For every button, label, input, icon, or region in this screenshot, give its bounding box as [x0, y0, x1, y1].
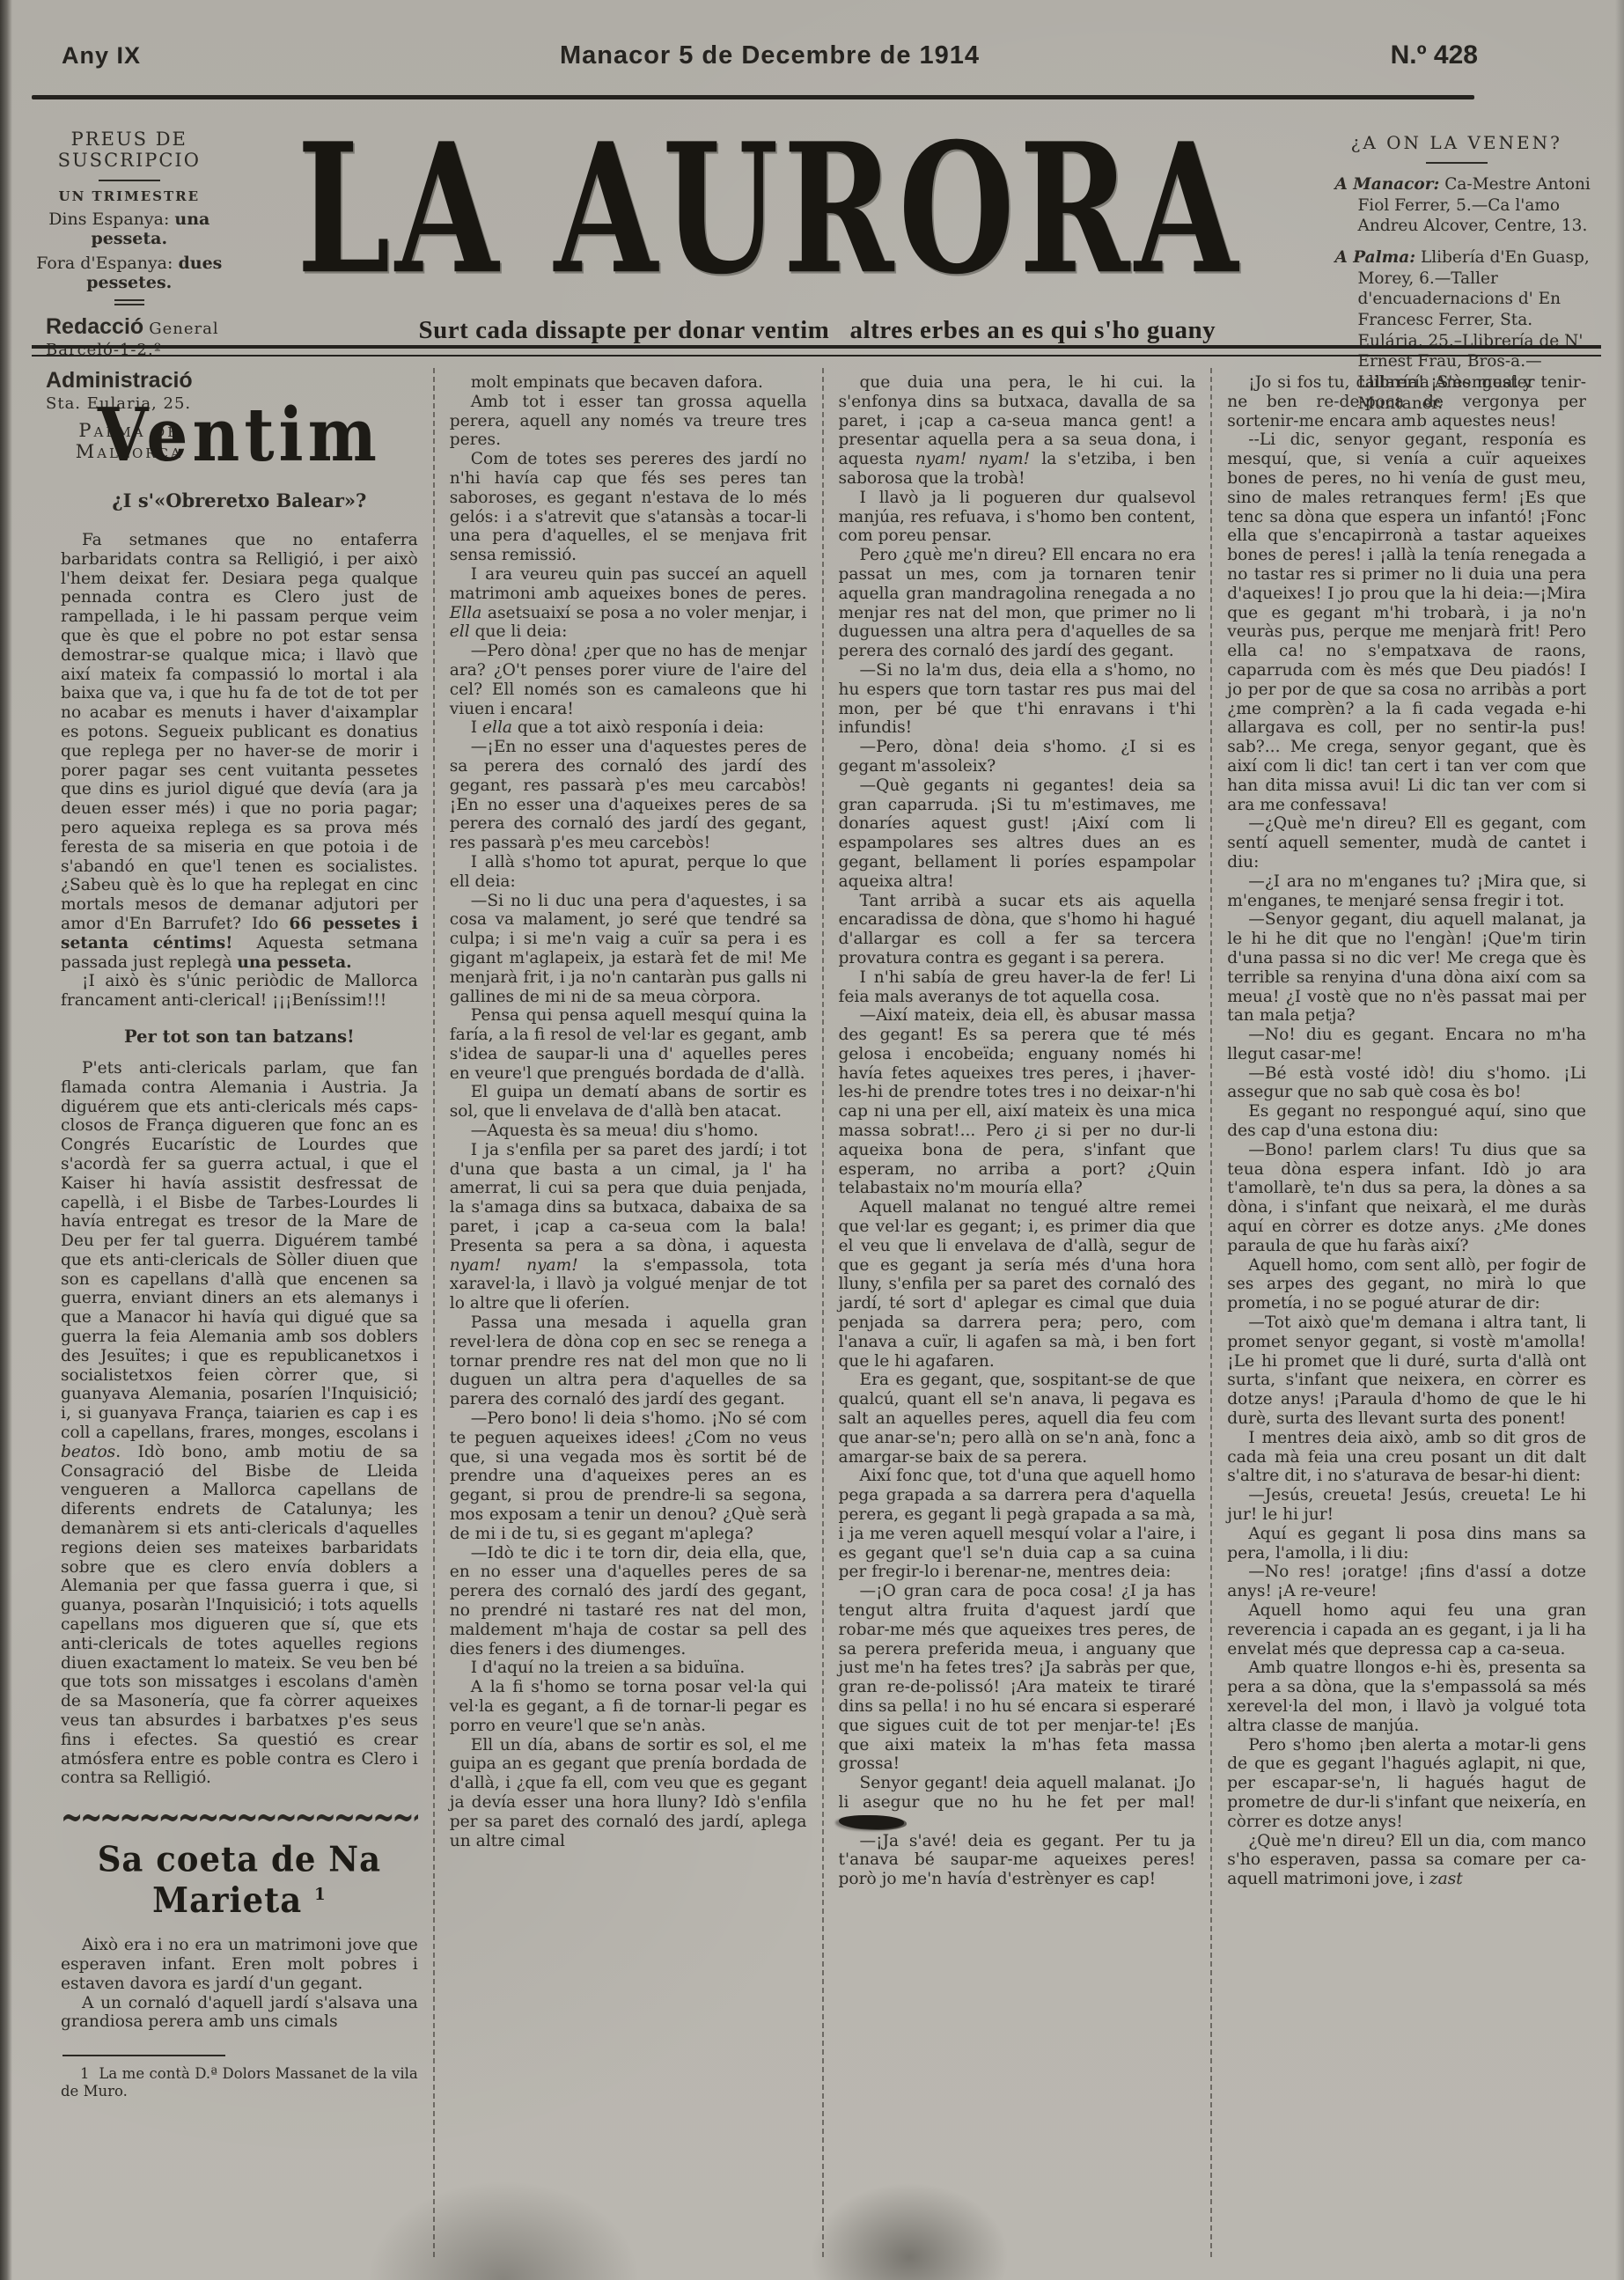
paragraph: —Bono! parlem clars! Tu dius que sa teua…: [1227, 1141, 1586, 1256]
paragraph: Amb quatre llongos e-hi ès, presenta sa …: [1227, 1659, 1586, 1735]
subscription-period: UN TRIMESTRE: [26, 188, 232, 204]
paragraph: --Li dic, senyor gegant, responía es mes…: [1227, 430, 1586, 814]
paragraph: I ara veureu quin pas succeí an aquell m…: [450, 565, 807, 642]
paragraph: —Idò te dic i te torn dir, deia ella, qu…: [450, 1544, 807, 1659]
masthead-bottom-rule: [32, 345, 1601, 357]
footnote-rule: [62, 2055, 225, 2056]
paragraph: —¿Què me'n direu? Ell es gegant, com sen…: [1227, 814, 1586, 872]
vendors-heading: ¿A ON LA VENEN?: [1306, 132, 1606, 153]
paragraph: Amb tot i esser tan grossa aquella perer…: [450, 393, 807, 450]
paragraph: —Senyor gegant, diu aquell malanat, ja l…: [1227, 910, 1586, 1026]
column-2: molt empinats que becaven dafora.Amb tot…: [435, 368, 824, 2257]
section-heading: Per tot son tan batzans!: [61, 1026, 418, 1047]
vendors-block: ¿A ON LA VENEN? A Manacor: Ca-Mestre Ant…: [1306, 104, 1606, 340]
scan-edge-shadow: [0, 0, 12, 2280]
paragraph: Pero ¿què me'n direu? Ell encara no era …: [839, 546, 1196, 661]
paragraph: —Si no li duc una pera d'aquestes, i sa …: [450, 892, 807, 1007]
price-foreign: Fora d'Espanya: dues pessetes.: [26, 254, 232, 292]
article-subtitle: ¿I s'«Obreretxo Balear»?: [61, 489, 418, 511]
paragraph: Aquí es gegant li posa dins mans sa pera…: [1227, 1525, 1586, 1563]
paragraph: Això era i no era un matrimoni jove que …: [61, 1936, 418, 1993]
paragraph: —¿I ara no m'enganes tu? ¡Mira que, si m…: [1227, 872, 1586, 911]
paragraph: Com de totes ses pereres des jardí no n'…: [450, 450, 807, 565]
paragraph: Ell un día, abans de sortir es sol, el m…: [450, 1736, 807, 1851]
issue-number: N.º 428: [1187, 40, 1584, 70]
footnote: 1 La me contà D.ª Dolors Massanet de la …: [61, 2065, 418, 2100]
paragraph: —Així mateix, deia ell, ès abusar massa …: [839, 1006, 1196, 1198]
paragraph: ¿Què me'n direu? Ell un dia, com manco s…: [1227, 1832, 1586, 1889]
newspaper-title: LA AURORA: [297, 120, 1242, 298]
article-columns: Ventim¿I s'«Obreretxo Balear»?Fa setmane…: [46, 368, 1601, 2257]
paragraph: —Què gegants ni gegantes! deia sa gran c…: [839, 776, 1196, 892]
issue-dateline: Manacor 5 de Decembre de 1914: [352, 41, 1187, 70]
paragraph: —¡O gran cara de poca cosa! ¿I ja has te…: [839, 1582, 1196, 1774]
double-rule: [114, 299, 144, 305]
column-1: Ventim¿I s'«Obreretxo Balear»?Fa setmane…: [46, 368, 435, 2257]
subscription-block: PREUS DE SUSCRIPCIO UN TRIMESTRE Dins Es…: [26, 104, 232, 340]
column-4: ¡Jo si fos tu, callaría! ¡S'ès mester te…: [1212, 368, 1601, 2257]
subscription-heading: PREUS DE SUSCRIPCIO: [26, 129, 232, 171]
paragraph: I llavò ja li pogueren dur qualsevol man…: [839, 489, 1196, 546]
story-title: Sa coeta de Na Marieta 1: [61, 1839, 418, 1920]
paragraph: I n'hi sabía de greu haver-la de fer! Li…: [839, 968, 1196, 1007]
paragraph: Pero s'homo ¡ben alerta a motar-li gens …: [1227, 1736, 1586, 1832]
paragraph: ¡Jo si fos tu, callaría! ¡S'ès mester te…: [1227, 373, 1586, 430]
paragraph: —Tot això que'm demana i altra tant, li …: [1227, 1313, 1586, 1429]
paragraph: I mentres deia això, amb so dit gros de …: [1227, 1429, 1586, 1486]
paragraph: Aquell homo, com sent allò, per fogir de…: [1227, 1256, 1586, 1313]
paragraph: Aquell homo aqui feu una gran reverencia…: [1227, 1601, 1586, 1659]
redaccio-label: Redacció: [46, 314, 143, 339]
paragraph: Passa una mesada i aquella gran revel·le…: [450, 1313, 807, 1409]
article-title: Ventim: [61, 393, 418, 478]
paragraph: —Jesús, creueta! Jesús, creueta! Le hi j…: [1227, 1486, 1586, 1525]
paragraph: Aquell malanat no tengué altre remei que…: [839, 1198, 1196, 1371]
paragraph: ¡I això ès s'únic periòdic de Mallorca f…: [61, 972, 418, 1011]
paragraph: I ja s'enfila per sa paret des jardí; i …: [450, 1141, 807, 1313]
column-3: que duia una pera, le hi cui. la s'enfon…: [824, 368, 1213, 2257]
vendor-entry-manacor: A Manacor: Ca-Mestre Antoni Fiol Ferrer,…: [1306, 174, 1606, 237]
paragraph: A la fi s'homo se torna posar vel·la qui…: [450, 1678, 807, 1735]
paragraph: que duia una pera, le hi cui. la s'enfon…: [839, 373, 1196, 489]
issue-info-row: Any IX Manacor 5 de Decembre de 1914 N.º…: [62, 40, 1584, 70]
paragraph: P'ets anti-clericals parlam, que fan fla…: [61, 1059, 418, 1788]
short-rule: [99, 180, 160, 181]
price-domestic: Dins Espanya: una pesseta.: [26, 210, 232, 248]
paragraph: —¡Ja s'avé! deia es gegant. Per tu ja t'…: [839, 1832, 1196, 1889]
paragraph: I allà s'homo tot apurat, perque lo que …: [450, 853, 807, 892]
paragraph: —¡En no esser una d'aquestes peres de sa…: [450, 738, 807, 853]
paragraph: —No res! ¡oratge! ¡fins d'assí a dotze a…: [1227, 1563, 1586, 1601]
paragraph: Es gegant no respongué aquí, sino que de…: [1227, 1102, 1586, 1141]
wavy-divider: ~~~~~~~~~~~~~~~~~~~~~~~~~~~~: [61, 1795, 418, 1840]
paragraph: Pensa qui pensa aquell mesquí quina la f…: [450, 1006, 807, 1083]
paragraph: —Pero, dòna! deia s'homo. ¿I si es gegan…: [839, 738, 1196, 776]
issue-year: Any IX: [62, 42, 352, 70]
paragraph: I ella que a tot això responía i deia:: [450, 718, 807, 738]
paragraph: El guipa un dematí abans de sortir es so…: [450, 1083, 807, 1122]
paragraph: —Si no la'm dus, deia ella a s'homo, no …: [839, 661, 1196, 738]
masthead-center: LA AURORA Surt cada dissapte per donar v…: [232, 104, 1307, 340]
masthead: PREUS DE SUSCRIPCIO UN TRIMESTRE Dins Es…: [26, 104, 1606, 340]
paragraph: I d'aquí no la treien a sa biduïna.: [450, 1659, 807, 1678]
paragraph: Fa setmanes que no entaferra barbaridats…: [61, 531, 418, 972]
short-rule: [1426, 162, 1488, 164]
newspaper-page: Any IX Manacor 5 de Decembre de 1914 N.º…: [0, 0, 1624, 2280]
paragraph: —Aquesta ès sa meua! diu s'homo.: [450, 1122, 807, 1141]
tagline: Surt cada dissapte per donar ventim altr…: [419, 316, 1216, 345]
paragraph: —Bé està vosté idò! diu s'homo. ¡Li asse…: [1227, 1064, 1586, 1103]
paragraph: Era es gegant, que, sospitant-se de que …: [839, 1371, 1196, 1467]
paragraph: Tant arribà a sucar ets ais aquella enca…: [839, 892, 1196, 968]
header-rule: [32, 95, 1474, 99]
paragraph: molt empinats que becaven dafora.: [450, 373, 807, 393]
ink-smudge: [839, 1815, 904, 1829]
scan-edge-shadow-right: [1615, 0, 1624, 2280]
paragraph: Senyor gegant! deia aquell malanat. ¡Jo …: [839, 1774, 1196, 1831]
paragraph: —Pero dòna! ¿per que no has de menjar ar…: [450, 642, 807, 718]
paragraph: Així fonc que, tot d'una que aquell homo…: [839, 1467, 1196, 1582]
paragraph: —No! diu es gegant. Encara no m'ha llegu…: [1227, 1026, 1586, 1064]
paragraph: A un cornaló d'aquell jardí s'alsava una…: [61, 1994, 418, 2033]
paragraph: —Pero bono! li deia s'homo. ¡No sé com t…: [450, 1409, 807, 1544]
